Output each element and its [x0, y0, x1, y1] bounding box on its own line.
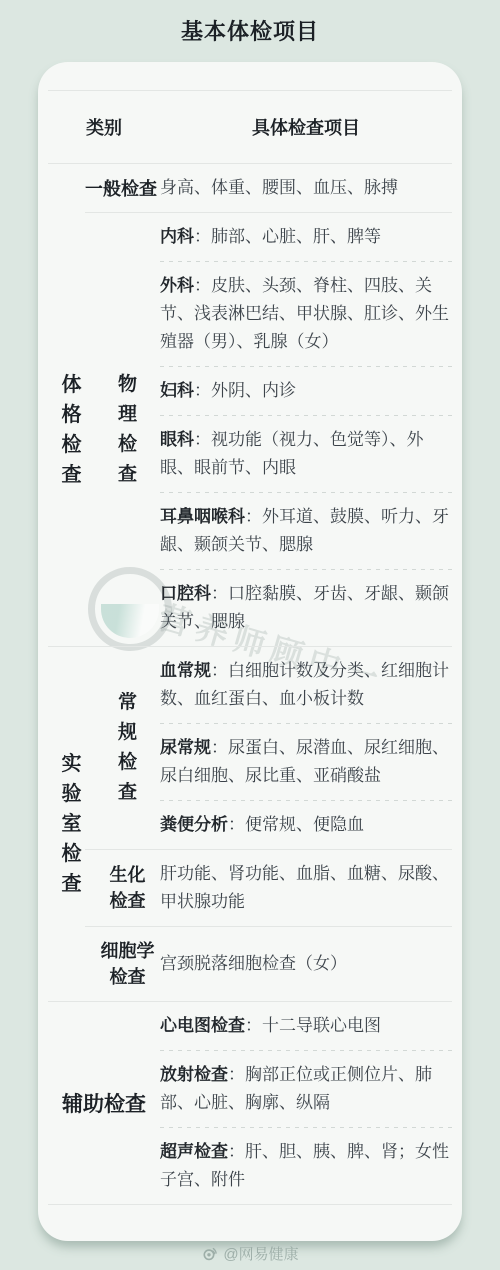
cytology-subcategory-label: 细胞学检查 [99, 938, 157, 990]
exam-row: 宫颈脱落细胞检查（女） [160, 940, 452, 988]
exam-row-text: 肝功能、肾功能、血脂、血糖、尿酸、甲状腺功能 [160, 864, 449, 911]
exam-row: 超声检查：肝、胆、胰、脾、肾；女性子宫、附件 [160, 1128, 452, 1204]
exam-row-label: 放射检查 [160, 1065, 228, 1084]
exam-row-label: 外科 [160, 276, 194, 295]
exam-row: 放射检查：胸部正位或正侧位片、肺部、心脏、胸廓、纵隔 [160, 1051, 452, 1127]
exam-row-label: 粪便分析 [160, 815, 228, 834]
auxiliary-category-label: 辅助检查 [62, 1088, 146, 1118]
biochem-subcategory-cell: 生化检查 [95, 862, 160, 914]
exam-row: 内科：肺部、心脏、肝、脾等 [160, 213, 452, 261]
colon: ： [194, 381, 211, 400]
header-category: 类别 [48, 114, 160, 140]
exam-row-text: 十二导联心电图 [262, 1016, 381, 1035]
exam-table-card: 营养师顾中一 类别 具体检查项目 一般检查 身高、体重、腰围、血压、脉搏 体格检… [38, 62, 462, 1241]
colon: ： [228, 815, 245, 834]
laboratory-block-cytology: 细胞学检查 宫颈脱落细胞检查（女） [95, 927, 452, 1001]
exam-row: 口腔科：口腔黏膜、牙齿、牙龈、颞颌关节、腮腺 [160, 570, 452, 646]
laboratory-block-routine: 常规检查 血常规：白细胞计数及分类、红细胞计数、血红蛋白、血小板计数 尿常规：尿… [95, 647, 452, 849]
exam-row-label: 口腔科 [160, 584, 211, 603]
colon: ： [228, 1065, 245, 1084]
colon: ： [211, 738, 228, 757]
exam-row-label: 妇科 [160, 381, 194, 400]
exam-row: 耳鼻咽喉科：外耳道、鼓膜、听力、牙龈、颞颌关节、腮腺 [160, 493, 452, 569]
exam-row: 眼科：视功能（视力、色觉等）、外眼、眼前节、内眼 [160, 416, 452, 492]
cytology-subcategory-cell: 细胞学检查 [95, 938, 160, 990]
colon: ： [211, 661, 228, 680]
exam-row: 肝功能、肾功能、血脂、血糖、尿酸、甲状腺功能 [160, 850, 452, 926]
physical-rows: 内科：肺部、心脏、肝、脾等 外科：皮肤、头颈、脊柱、四肢、关节、浅表淋巴结、甲状… [160, 213, 452, 646]
exam-row-label: 内科 [160, 227, 194, 246]
table-header-row: 类别 具体检查项目 [48, 91, 452, 163]
physical-category-cell: 体格检查 [48, 213, 95, 646]
section-general: 一般检查 身高、体重、腰围、血压、脉搏 [48, 164, 452, 212]
colon: ： [194, 276, 211, 295]
infographic-page: 基本体检项目 营养师顾中一 类别 具体检查项目 一般检查 身高、体重、腰围、血压… [0, 0, 500, 1270]
colon: ： [245, 507, 262, 526]
physical-subcategory-cell: 物理检查 [95, 213, 160, 646]
section-physical: 体格检查 物理检查 内科：肺部、心脏、肝、脾等 外科：皮肤、头颈、脊柱、四肢、关… [48, 213, 452, 646]
exam-row-label: 耳鼻咽喉科 [160, 507, 245, 526]
exam-row: 心电图检查：十二导联心电图 [160, 1002, 452, 1050]
exam-row: 妇科：外阴、内诊 [160, 367, 452, 415]
exam-row-text: 肺部、心脏、肝、脾等 [211, 227, 381, 246]
exam-row-label: 心电图检查 [160, 1016, 245, 1035]
card-top-spacer [48, 62, 452, 90]
exam-row: 外科：皮肤、头颈、脊柱、四肢、关节、浅表淋巴结、甲状腺、肛诊、外生殖器（男）、乳… [160, 262, 452, 366]
header-items: 具体检查项目 [160, 114, 452, 140]
colon: ： [194, 227, 211, 246]
exam-row-label: 超声检查 [160, 1142, 228, 1161]
page-title: 基本体检项目 [0, 0, 500, 60]
exam-table: 类别 具体检查项目 一般检查 身高、体重、腰围、血压、脉搏 体格检查 物理检查 … [48, 62, 452, 1241]
card-bottom-spacer [48, 1205, 452, 1241]
physical-subcategory-label: 物理检查 [117, 370, 139, 490]
general-exam-text: 身高、体重、腰围、血压、脉搏 [160, 164, 452, 212]
laboratory-block-biochem: 生化检查 肝功能、肾功能、血脂、血糖、尿酸、甲状腺功能 [95, 850, 452, 926]
colon: ： [211, 584, 228, 603]
laboratory-category-cell: 实验室检查 [48, 647, 95, 1001]
exam-row-label: 眼科 [160, 430, 194, 449]
colon: ： [228, 1142, 245, 1161]
exam-row: 尿常规：尿蛋白、尿潜血、尿红细胞、尿白细胞、尿比重、亚硝酸盐 [160, 724, 452, 800]
routine-subcategory-cell: 常规检查 [95, 647, 160, 849]
section-laboratory: 实验室检查 常规检查 血常规：白细胞计数及分类、红细胞计数、血红蛋白、血小板计数… [48, 647, 452, 1001]
exam-row-text: 外阴、内诊 [211, 381, 296, 400]
laboratory-category-label: 实验室检查 [61, 749, 83, 899]
physical-category-label: 体格检查 [61, 370, 83, 490]
auxiliary-rows: 心电图检查：十二导联心电图 放射检查：胸部正位或正侧位片、肺部、心脏、胸廓、纵隔… [160, 1002, 452, 1204]
exam-row-text: 宫颈脱落细胞检查（女） [160, 954, 347, 973]
section-auxiliary: 辅助检查 心电图检查：十二导联心电图 放射检查：胸部正位或正侧位片、肺部、心脏、… [48, 1002, 452, 1204]
biochem-subcategory-label: 生化检查 [108, 862, 148, 914]
exam-row-label: 尿常规 [160, 738, 211, 757]
routine-rows: 血常规：白细胞计数及分类、红细胞计数、血红蛋白、血小板计数 尿常规：尿蛋白、尿潜… [160, 647, 452, 849]
footer-watermark-text: @网易健康 [223, 1243, 298, 1264]
footer-watermark: @网易健康 [0, 1243, 500, 1264]
colon: ： [245, 1016, 262, 1035]
weibo-icon [201, 1245, 218, 1262]
colon: ： [194, 430, 211, 449]
exam-row: 粪便分析：便常规、便隐血 [160, 801, 452, 849]
laboratory-blocks: 常规检查 血常规：白细胞计数及分类、红细胞计数、血红蛋白、血小板计数 尿常规：尿… [95, 647, 452, 1001]
exam-row: 血常规：白细胞计数及分类、红细胞计数、血红蛋白、血小板计数 [160, 647, 452, 723]
general-exam-label: 一般检查 [48, 164, 160, 212]
exam-row-text: 便常规、便隐血 [245, 815, 364, 834]
routine-subcategory-label: 常规检查 [117, 688, 139, 808]
exam-row-label: 血常规 [160, 661, 211, 680]
auxiliary-category-cell: 辅助检查 [48, 1002, 160, 1204]
